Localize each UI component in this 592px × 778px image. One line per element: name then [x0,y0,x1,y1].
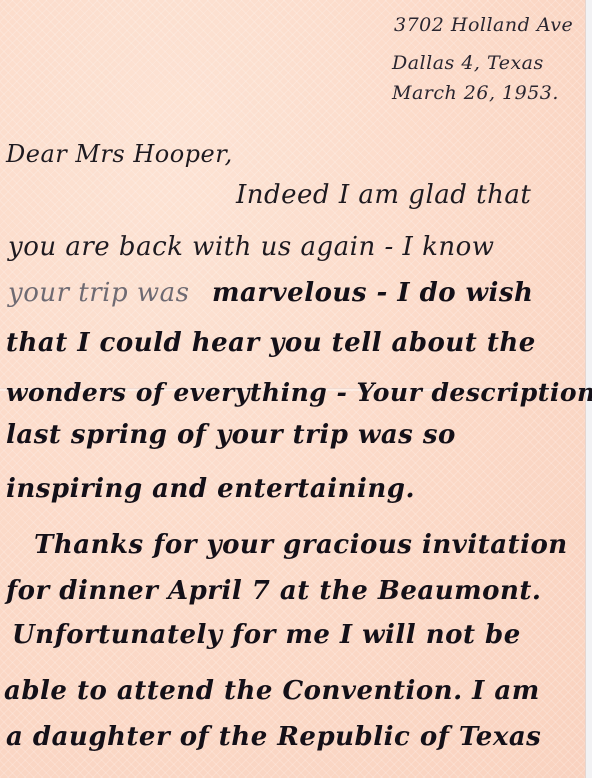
letter-line-5: wonders of everything - Your description [6,378,592,407]
salutation: Dear Mrs Hooper, [6,140,233,168]
letter-line-3b: marvelous - I do wish [212,278,533,308]
letter-line-7: inspiring and entertaining. [6,474,415,504]
letter-line-9: for dinner April 7 at the Beaumont. [6,576,541,606]
letter-line-11: able to attend the Convention. I am [4,676,540,706]
letter-line-1: Indeed I am glad that [236,180,531,210]
letter-date: March 26, 1953. [392,82,559,104]
letter-line-10: Unfortunately for me I will not be [12,620,521,650]
letter-line-2: you are back with us again - I know [8,232,495,262]
letter-line-12: a daughter of the Republic of Texas [6,722,541,752]
letter-line-4: that I could hear you tell about the [6,328,536,358]
letter-line-8: Thanks for your gracious invitation [34,530,568,560]
letter-line-6: last spring of your trip was so [6,420,456,450]
address-city: Dallas 4, Texas [392,52,544,74]
letter-line-3a: your trip was [8,278,189,308]
address-street: 3702 Holland Ave [394,14,573,36]
letter-page: 3702 Holland Ave Dallas 4, Texas March 2… [0,0,586,778]
